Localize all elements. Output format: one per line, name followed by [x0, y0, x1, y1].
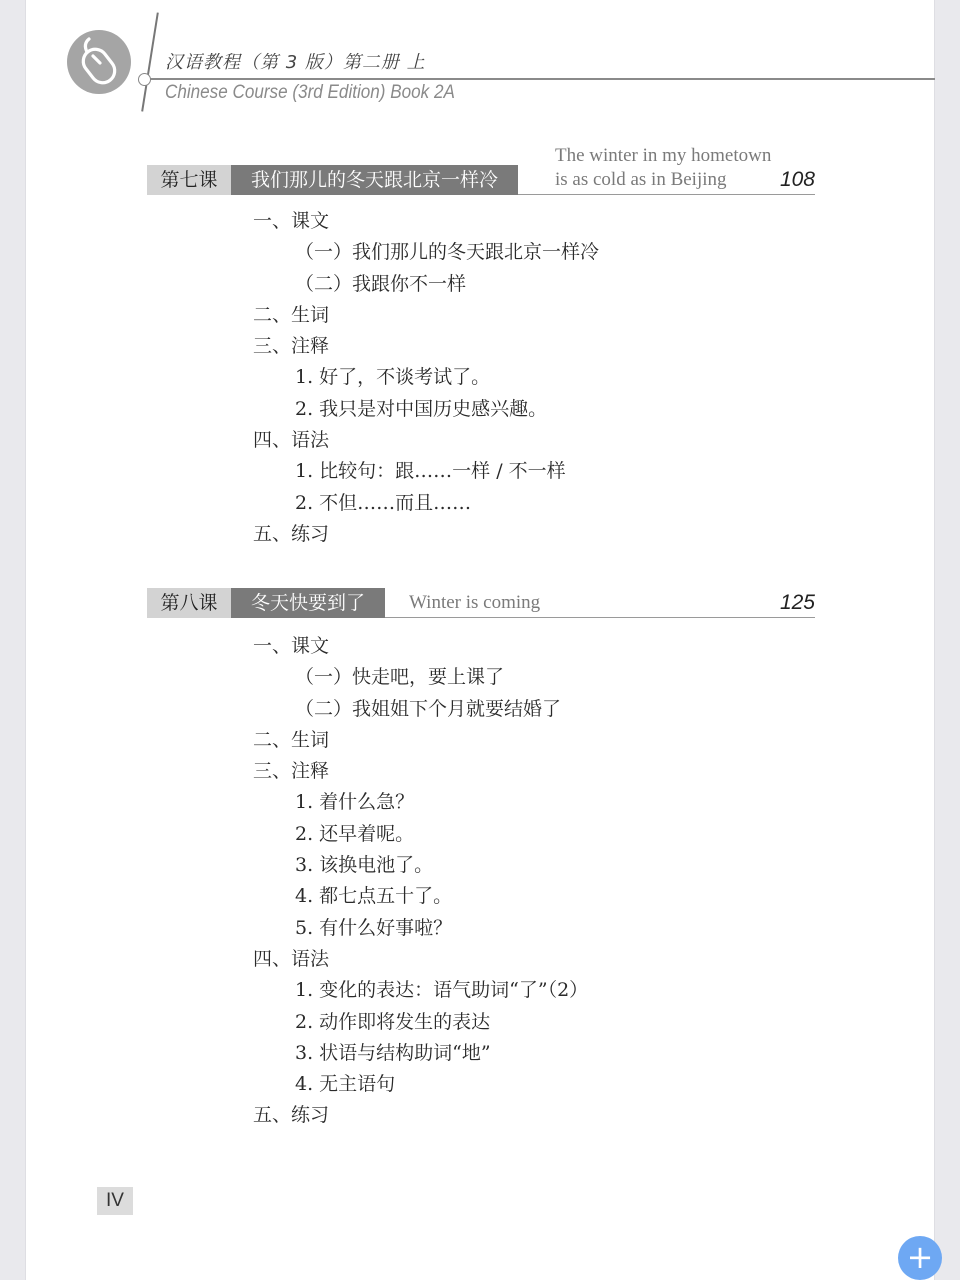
book-title-cn: 汉语教程（第 3 版）第二册 上 [165, 48, 426, 74]
toc-item[interactable]: 二、生词 [253, 300, 599, 331]
toc-item[interactable]: 一、课文 [253, 206, 599, 237]
lesson-7-header[interactable]: 第七课 我们那儿的冬天跟北京一样冷 The winter in my homet… [147, 140, 815, 195]
lesson-title-cn: 冬天快要到了 [231, 588, 385, 618]
toc-item[interactable]: （二）我姐姐下个月就要结婚了 [253, 694, 588, 725]
header-divider-line [141, 12, 158, 111]
lesson-number: 第七课 [147, 165, 231, 195]
lesson-title-en-line2: is as cold as in Beijing [555, 168, 771, 192]
toc-item[interactable]: 四、语法 [253, 944, 588, 975]
lesson-title-en: Winter is coming [409, 591, 540, 615]
toc-item[interactable]: 二、生词 [253, 725, 588, 756]
lesson-title-en-line1: The winter in my hometown [555, 144, 771, 168]
toc-item[interactable]: （一）我们那儿的冬天跟北京一样冷 [253, 237, 599, 268]
lesson-7-contents: 一、课文 （一）我们那儿的冬天跟北京一样冷 （二）我跟你不一样 二、生词 三、注… [253, 206, 599, 550]
lesson-8-contents: 一、课文 （一）快走吧，要上课了 （二）我姐姐下个月就要结婚了 二、生词 三、注… [253, 631, 588, 1132]
toc-item[interactable]: 2. 还早着呢。 [253, 819, 588, 850]
toc-item[interactable]: 5. 有什么好事啦？ [253, 913, 588, 944]
toc-item[interactable]: 三、注释 [253, 756, 588, 787]
toc-item[interactable]: 3. 状语与结构助词“地” [253, 1038, 588, 1069]
lesson-page-number: 108 [780, 168, 815, 192]
toc-item[interactable]: 2. 动作即将发生的表达 [253, 1007, 588, 1038]
lesson-title-en: The winter in my hometown is as cold as … [555, 144, 771, 192]
left-page-edge [0, 0, 26, 1280]
add-button[interactable]: + [898, 1236, 942, 1280]
toc-item[interactable]: （一）快走吧，要上课了 [253, 662, 588, 693]
toc-item[interactable]: 1. 好了，不谈考试了。 [253, 362, 599, 393]
lesson-title-cn: 我们那儿的冬天跟北京一样冷 [231, 165, 518, 195]
toc-item[interactable]: 三、注释 [253, 331, 599, 362]
header-ornament [138, 73, 151, 86]
toc-item[interactable]: 1. 比较句：跟……一样 / 不一样 [253, 456, 599, 487]
plus-icon: + [907, 1238, 934, 1276]
lesson-8-header[interactable]: 第八课 冬天快要到了 Winter is coming 125 [147, 588, 815, 618]
book-title-en: Chinese Course (3rd Edition) Book 2A [165, 82, 455, 104]
lesson-page-number: 125 [780, 591, 815, 615]
toc-item[interactable]: 3. 该换电池了。 [253, 850, 588, 881]
toc-item[interactable]: 一、课文 [253, 631, 588, 662]
lesson-number: 第八课 [147, 588, 231, 618]
toc-item[interactable]: 4. 无主语句 [253, 1069, 588, 1100]
toc-item[interactable]: 五、练习 [253, 1100, 588, 1131]
toc-item[interactable]: 4. 都七点五十了。 [253, 881, 588, 912]
toc-item[interactable]: 四、语法 [253, 425, 599, 456]
page-number: IV [97, 1187, 133, 1215]
toc-item[interactable]: 五、练习 [253, 519, 599, 550]
right-page-edge [934, 0, 960, 1280]
toc-item[interactable]: 2. 不但……而且…… [253, 488, 599, 519]
toc-item[interactable]: 1. 着什么急？ [253, 787, 588, 818]
toc-item[interactable]: 2. 我只是对中国历史感兴趣。 [253, 394, 599, 425]
toc-item[interactable]: 1. 变化的表达：语气助词“了”（2） [253, 975, 588, 1006]
computer-mouse-icon [67, 30, 131, 94]
header-rule [150, 78, 935, 80]
toc-item[interactable]: （二）我跟你不一样 [253, 269, 599, 300]
